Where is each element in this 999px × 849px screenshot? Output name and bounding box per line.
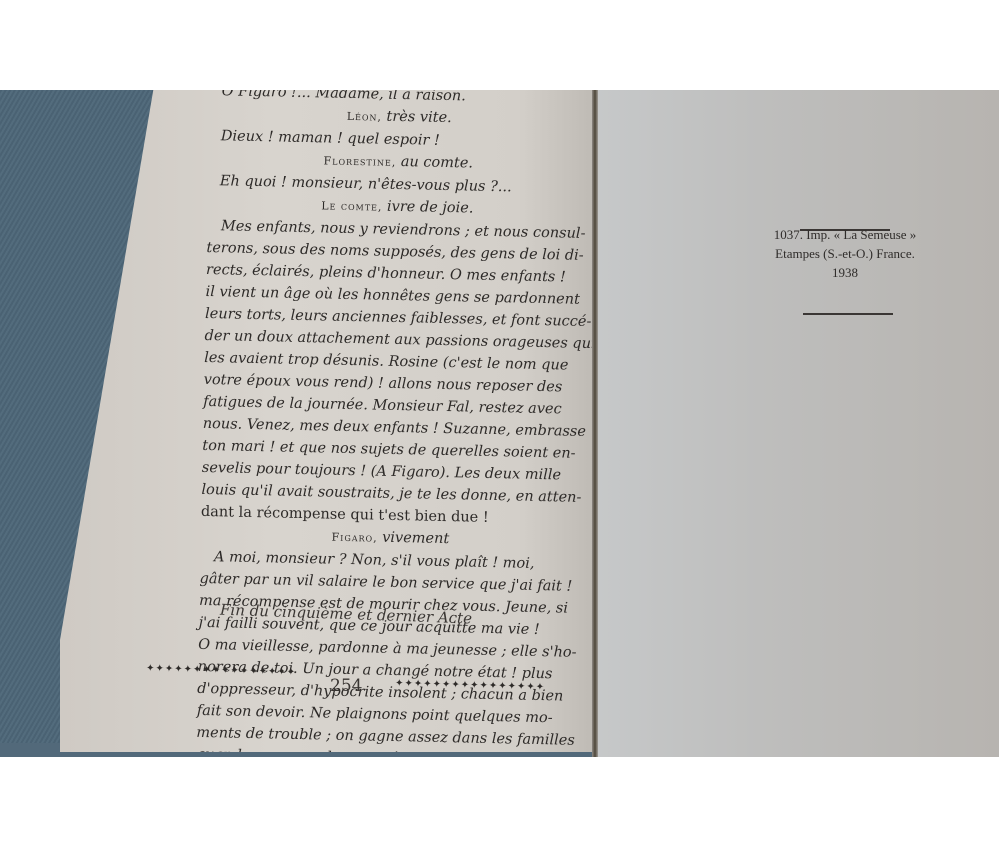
imprint-line-1: 1037. Imp. « La Semeuse » [755, 225, 935, 244]
speaker-name: Florestine, [323, 154, 400, 169]
imprint-line-2: Etampes (S.-et-O.) France. [755, 244, 935, 263]
right-page [598, 90, 999, 757]
left-page: O Figaro !... Madame, il a raison.Léon, … [60, 90, 600, 752]
speaker-name: Le comte, [321, 199, 387, 213]
play-text: O Figaro !... Madame, il a raison.Léon, … [196, 90, 590, 757]
imprint-year: 1938 [755, 263, 935, 282]
printer-imprint: 1037. Imp. « La Semeuse » Etampes (S.-et… [755, 225, 935, 282]
stage-direction: vivement [382, 530, 449, 547]
page-number: 254 [330, 676, 362, 696]
stage-direction: ivre de joie. [387, 199, 474, 217]
stage-direction: très vite. [386, 109, 452, 126]
imprint-rule-bottom [803, 313, 893, 315]
speaker-name: Figaro, [331, 531, 382, 545]
book-photo: O Figaro !... Madame, il a raison.Léon, … [0, 90, 999, 757]
speaker-name: Léon, [347, 110, 387, 124]
stage-direction: au comte. [401, 154, 474, 172]
